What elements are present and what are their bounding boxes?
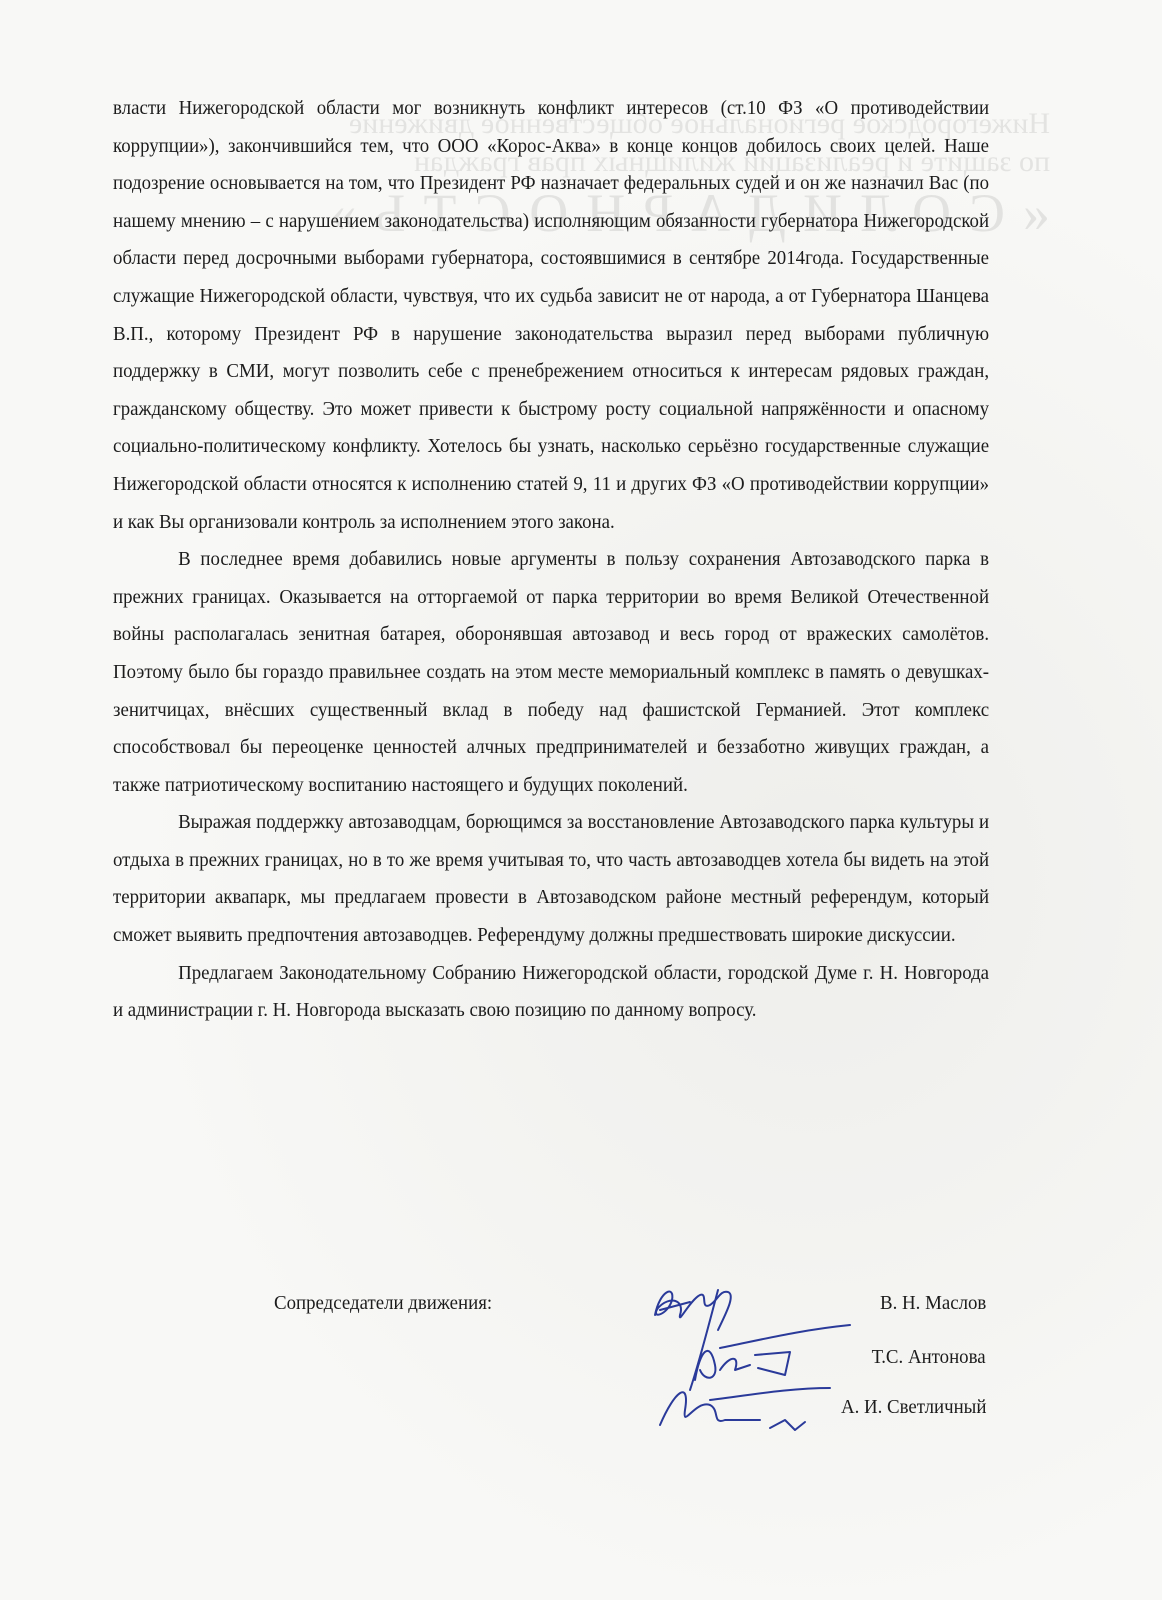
paragraph: власти Нижегородской области мог возникн… bbox=[113, 90, 989, 541]
signer-name: Т.С. Антонова bbox=[872, 1346, 986, 1369]
signer-name: В. Н. Маслов bbox=[880, 1292, 986, 1315]
letter-body: власти Нижегородской области мог возникн… bbox=[113, 90, 989, 1030]
paragraph: Предлагаем Законодательному Собранию Ниж… bbox=[113, 955, 989, 1030]
signature-label: Сопредседатели движения: bbox=[274, 1292, 492, 1315]
paragraph: Выражая поддержку автозаводцам, борющимс… bbox=[113, 804, 989, 954]
signer-name: А. И. Светличный bbox=[841, 1396, 986, 1419]
paragraph: В последнее время добавились новые аргум… bbox=[113, 541, 989, 804]
scanned-page: Нижегородское региональное общественное … bbox=[0, 0, 1162, 1600]
handwritten-signatures-icon bbox=[600, 1270, 880, 1440]
